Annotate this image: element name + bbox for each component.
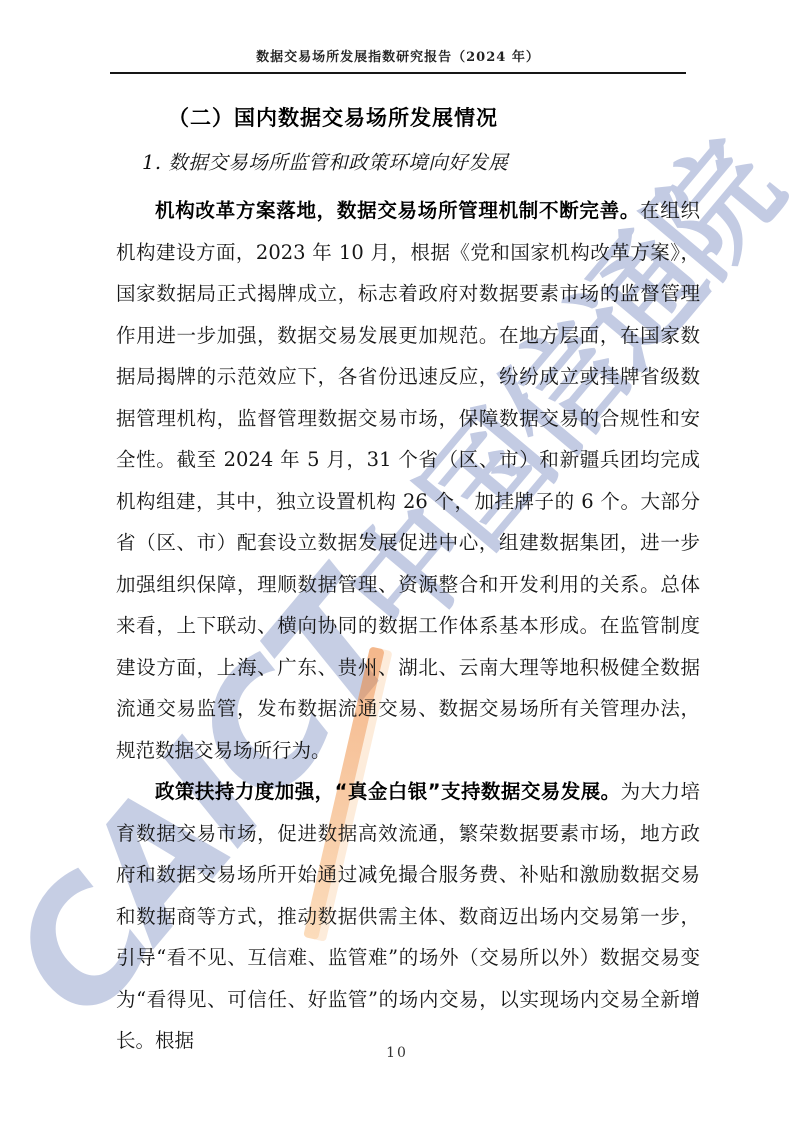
paragraph-2-text: 为大力培育数据交易市场，促进数据高效流通，繁荣数据要素市场，地方政府和数据交易场… [116,780,700,1052]
page-header: 数据交易场所发展指数研究报告（2024 年） [110,46,686,74]
section-heading: （二）国内数据交易场所发展情况 [116,104,700,132]
running-head-title: 数据交易场所发展指数研究报告（2024 年） [256,50,540,65]
paragraph-1-lead: 机构改革方案落地，数据交易场所管理机制不断完善。 [155,199,640,222]
report-page: 数据交易场所发展指数研究报告（2024 年） CAICT 中国信通院 （二）国内… [0,0,794,1123]
page-number: 10 [386,1045,408,1061]
page-footer: 10 [0,1042,794,1061]
paragraph-1-text: 在组织机构建设方面，2023 年 10 月，根据《党和国家机构改革方案》，国家数… [116,199,700,762]
subsection-heading: 1. 数据交易场所监管和政策环境向好发展 [116,150,700,176]
document-body: （二）国内数据交易场所发展情况 1. 数据交易场所监管和政策环境向好发展 机构改… [116,96,700,1062]
paragraph-2: 政策扶持力度加强，“真金白银”支持数据交易发展。为大力培育数据交易市场，促进数据… [116,771,700,1062]
paragraph-2-lead: 政策扶持力度加强，“真金白银”支持数据交易发展。 [155,780,621,803]
paragraph-1: 机构改革方案落地，数据交易场所管理机制不断完善。在组织机构建设方面，2023 年… [116,190,700,771]
